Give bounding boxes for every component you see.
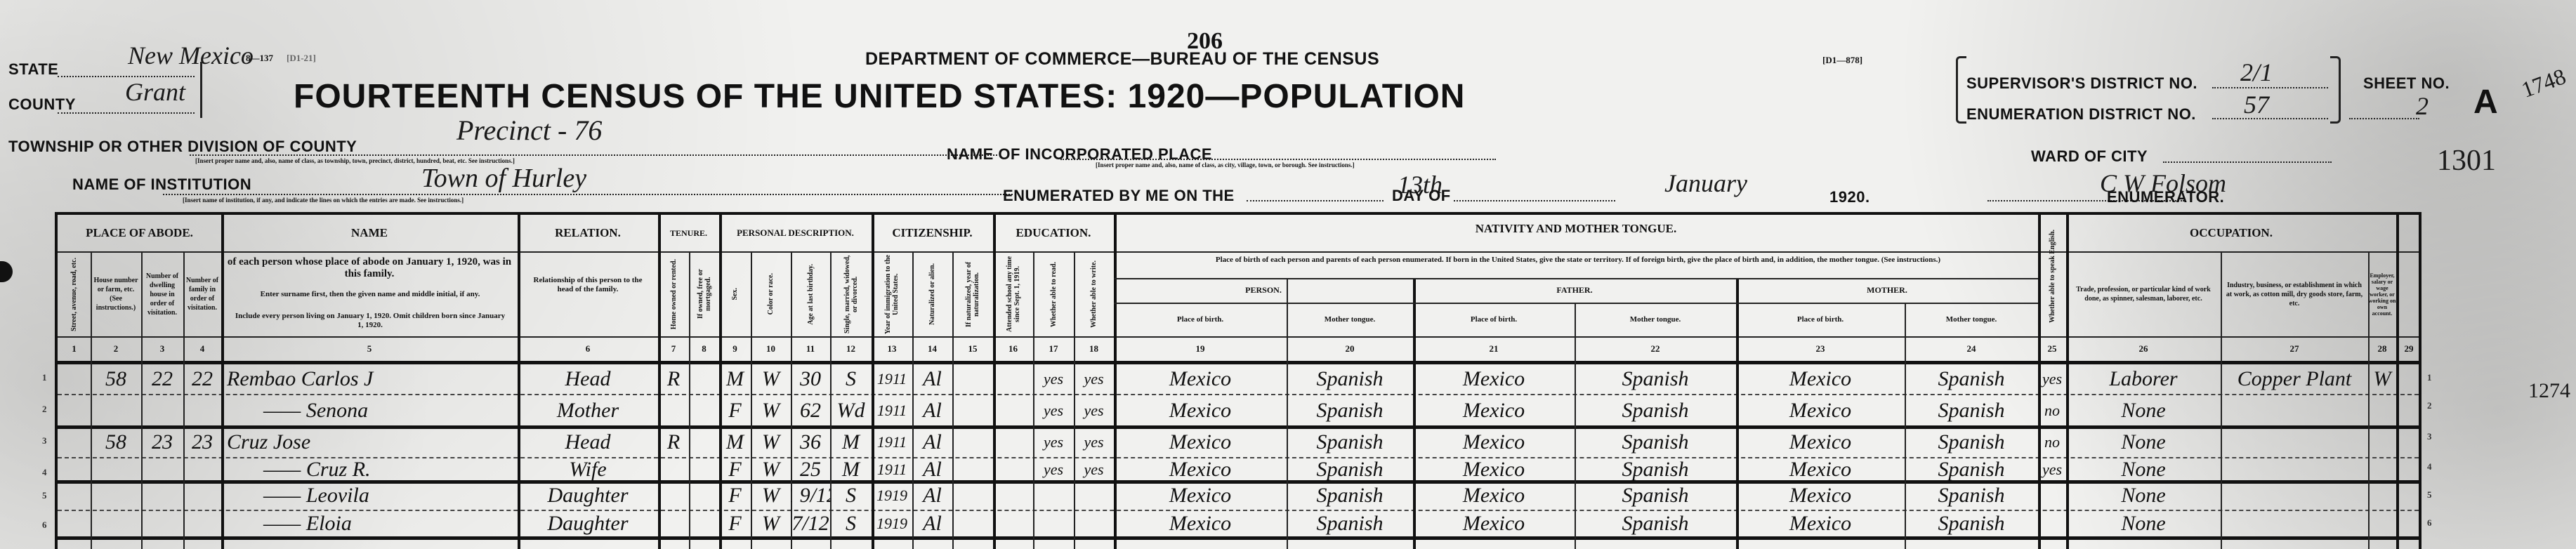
cell-house <box>91 458 141 480</box>
cell-trade: None <box>2066 427 2221 457</box>
father-header: FATHER. <box>1413 278 1736 303</box>
cell-mortgage <box>689 364 719 394</box>
cell-sex: M <box>719 427 751 457</box>
cell-naturalized: Al <box>912 364 952 394</box>
column-number-24: 24 <box>1905 338 2038 360</box>
cell-english: yes <box>2038 458 2066 480</box>
column-number-23: 23 <box>1736 338 1905 360</box>
district-bracket-left <box>1956 56 1966 124</box>
cell-sex: F <box>719 458 751 480</box>
cell-race: W <box>751 427 791 457</box>
cell-naturalized: Al <box>912 395 952 425</box>
cell-house: 58 <box>91 364 141 394</box>
cell-name: —— Cruz R. <box>221 458 518 480</box>
cell-street <box>58 395 91 425</box>
column-number-18: 18 <box>1074 338 1114 360</box>
cell-relation: Daughter <box>518 482 658 510</box>
margin-note-top: 1748 <box>2518 63 2570 103</box>
cell-employer <box>2368 482 2396 510</box>
cell-street <box>58 458 91 480</box>
cell-father_birth: Mexico <box>1413 364 1575 394</box>
cell-tongue: Spanish <box>1287 427 1413 457</box>
line-number: 3 <box>42 435 47 447</box>
line-number: 1 <box>42 372 47 383</box>
col26-header: Trade, profession, or particular kind of… <box>2070 254 2217 334</box>
column-number-10: 10 <box>751 338 791 360</box>
cell-name: Cruz Jose <box>221 427 518 457</box>
cell-father_tongue: Spanish <box>1575 458 1736 480</box>
column-number-25: 25 <box>2038 338 2066 360</box>
cell-farm <box>2396 364 2421 394</box>
mother-header: MOTHER. <box>1736 278 2038 303</box>
census-table: PLACE OF ABODE. NAME RELATION. TENURE. P… <box>55 212 2421 549</box>
institution-note: [Insert name of institution, if any, and… <box>183 197 464 204</box>
sheet-number-label: SHEET NO. <box>2363 74 2450 93</box>
cell-trade: None <box>2066 511 2221 536</box>
binding-hole <box>0 261 13 282</box>
cell-dwelling: 23 <box>141 427 183 457</box>
institution-value: Town of Hurley <box>421 163 586 194</box>
district-bracket-right <box>2330 56 2341 124</box>
cell-write: yes <box>1074 427 1114 457</box>
cell-mother_birth: Mexico <box>1736 364 1905 394</box>
cell-nat_year <box>952 395 993 425</box>
cell-dwelling <box>141 511 183 536</box>
cell-sex: F <box>719 395 751 425</box>
col2-header: House number or farm, etc. (See instruct… <box>91 254 141 334</box>
cell-mother_birth: Mexico <box>1736 427 1905 457</box>
cell-name: —— Eloia <box>221 511 518 536</box>
column-number-6: 6 <box>518 338 658 360</box>
cell-house <box>91 395 141 425</box>
cell-age: 25 <box>791 458 830 480</box>
group-education: EDUCATION. <box>993 215 1114 251</box>
cell-father_tongue: Spanish <box>1575 511 1736 536</box>
cell-age: 62 <box>791 395 830 425</box>
cell-school <box>993 458 1033 480</box>
incorporated-place-note: [Insert proper name and, also, name of c… <box>1096 161 1355 168</box>
cell-farm <box>2396 482 2421 510</box>
cell-industry: Copper Plant <box>2221 364 2368 394</box>
cell-marital: S <box>830 482 872 510</box>
cell-english: yes <box>2038 364 2066 394</box>
cell-dwelling <box>141 395 183 425</box>
township-label: TOWNSHIP OR OTHER DIVISION OF COUNTY <box>8 138 357 156</box>
cell-house: 58 <box>91 427 141 457</box>
cell-school <box>993 427 1033 457</box>
cell-street <box>58 364 91 394</box>
cell-father_tongue: Spanish <box>1575 482 1736 510</box>
col21-header: Place of birth. <box>1413 303 1575 336</box>
cell-employer <box>2368 395 2396 425</box>
cell-english: no <box>2038 427 2066 457</box>
state-value: New Mexico <box>128 41 254 70</box>
column-number-11: 11 <box>791 338 830 360</box>
cell-father_tongue: Spanish <box>1575 395 1736 425</box>
col15-header: If naturalized, year of naturalization. <box>965 254 980 334</box>
column-number-17: 17 <box>1033 338 1074 360</box>
cell-relation: Wife <box>518 458 658 480</box>
cell-industry <box>2221 458 2368 480</box>
cell-immigration: 1911 <box>872 458 912 480</box>
cell-english <box>2038 511 2066 536</box>
cell-age: 30 <box>791 364 830 394</box>
enumeration-district-value: 57 <box>2244 90 2269 119</box>
col16-header: Attended school any time since Sept. 1, … <box>1006 254 1021 334</box>
cell-naturalized: Al <box>912 511 952 536</box>
col28-header: Employer, salary or wage worker, or work… <box>2368 254 2396 334</box>
cell-age: 7/12 <box>791 511 830 536</box>
cell-read <box>1033 482 1074 510</box>
cell-birth: Mexico <box>1114 395 1287 425</box>
cell-write: yes <box>1074 364 1114 394</box>
cell-name: —— Leovila <box>221 482 518 510</box>
cell-sex: M <box>719 364 751 394</box>
cell-mother_birth: Mexico <box>1736 458 1905 480</box>
cell-father_birth: Mexico <box>1413 511 1575 536</box>
cell-tongue: Spanish <box>1287 458 1413 480</box>
cell-industry <box>2221 511 2368 536</box>
cell-owned: R <box>658 364 689 394</box>
group-occupation: OCCUPATION. <box>2066 215 2396 251</box>
column-number-19: 19 <box>1114 338 1287 360</box>
column-number-26: 26 <box>2066 338 2221 360</box>
cell-school <box>993 482 1033 510</box>
column-number-9: 9 <box>719 338 751 360</box>
col7-header: Home owned or rented. <box>670 259 678 329</box>
cell-birth: Mexico <box>1114 482 1287 510</box>
column-number-4: 4 <box>183 338 221 360</box>
margin-note-middle: 1301 <box>2437 144 2496 178</box>
cell-marital: M <box>830 427 872 457</box>
cell-family: 23 <box>183 427 221 457</box>
relation-description: Relationship of this person to the head … <box>525 264 651 306</box>
name-description: of each person whose place of abode on J… <box>226 254 513 282</box>
margin-note-bottom: 1274 <box>2528 379 2570 403</box>
cell-tongue: Spanish <box>1287 364 1413 394</box>
cell-english <box>2038 482 2066 510</box>
cell-father_tongue: Spanish <box>1575 427 1736 457</box>
cell-relation: Mother <box>518 395 658 425</box>
group-name: NAME <box>221 215 518 251</box>
cell-race: W <box>751 458 791 480</box>
column-number-22: 22 <box>1575 338 1736 360</box>
cell-family <box>183 482 221 510</box>
cell-trade: None <box>2066 395 2221 425</box>
cell-farm <box>2396 458 2421 480</box>
county-value: Grant <box>125 77 185 107</box>
township-value: Precinct - 76 <box>456 114 602 147</box>
cell-marital: S <box>830 511 872 536</box>
cell-mortgage <box>689 427 719 457</box>
cell-school <box>993 395 1033 425</box>
col14-header: Naturalized or alien. <box>928 263 936 325</box>
cell-mother_tongue: Spanish <box>1905 395 2038 425</box>
cell-marital: S <box>830 364 872 394</box>
cell-mother_tongue: Spanish <box>1905 511 2038 536</box>
cell-industry <box>2221 482 2368 510</box>
cell-write: yes <box>1074 395 1114 425</box>
cell-mortgage <box>689 511 719 536</box>
cell-mother_birth: Mexico <box>1736 482 1905 510</box>
cell-dwelling <box>141 458 183 480</box>
cell-industry <box>2221 427 2368 457</box>
cell-mother_birth: Mexico <box>1736 395 1905 425</box>
cell-dwelling: 22 <box>141 364 183 394</box>
enumeration-district-label: ENUMERATION DISTRICT NO. <box>1966 105 2196 124</box>
cell-read <box>1033 511 1074 536</box>
cell-family: 22 <box>183 364 221 394</box>
cell-write: yes <box>1074 458 1114 480</box>
line-number: 2 <box>42 404 47 415</box>
form-code-mid: [D1-21] <box>287 53 316 64</box>
cell-farm <box>2396 395 2421 425</box>
cell-nat_year <box>952 427 993 457</box>
cell-house <box>91 511 141 536</box>
cell-age: 36 <box>791 427 830 457</box>
cell-owned <box>658 395 689 425</box>
cell-sex: F <box>719 511 751 536</box>
cell-age: 1 9/12 <box>791 482 830 510</box>
right-line-numbers: 1 2 3 4 5 6 <box>2421 212 2450 549</box>
cell-name: —— Senona <box>221 395 518 425</box>
cell-farm <box>2396 427 2421 457</box>
cell-trade: Laborer <box>2066 364 2221 394</box>
cell-father_birth: Mexico <box>1413 427 1575 457</box>
cell-street <box>58 427 91 457</box>
cell-school <box>993 511 1033 536</box>
cell-street <box>58 511 91 536</box>
cell-employer <box>2368 458 2396 480</box>
column-number-2: 2 <box>91 338 141 360</box>
col1-header: Street, avenue, road, etc. <box>70 258 78 331</box>
cell-immigration: 1911 <box>872 364 912 394</box>
cell-write <box>1074 511 1114 536</box>
form-code-right: [D1—878] <box>1822 55 1862 66</box>
cell-read: yes <box>1033 395 1074 425</box>
col11-header: Age at last birthday. <box>807 264 815 325</box>
nativity-description: Place of birth of each person and parent… <box>1139 243 2017 277</box>
cell-farm <box>2396 511 2421 536</box>
cell-tongue: Spanish <box>1287 482 1413 510</box>
group-nativity: NATIVITY AND MOTHER TONGUE. <box>1114 215 2038 243</box>
line-number: 6 <box>42 520 47 531</box>
column-number-1: 1 <box>58 338 91 360</box>
cell-employer <box>2368 427 2396 457</box>
col8-header: If owned, free or mortgaged. <box>697 254 712 334</box>
cell-marital: M <box>830 458 872 480</box>
col20-header: Mother tongue. <box>1287 303 1413 336</box>
cell-naturalized: Al <box>912 458 952 480</box>
column-number-28: 28 <box>2368 338 2396 360</box>
column-number-8: 8 <box>689 338 719 360</box>
column-number-27: 27 <box>2221 338 2368 360</box>
person-header: PERSON. <box>1114 278 1413 303</box>
column-number-5: 5 <box>221 338 518 360</box>
cell-immigration: 1911 <box>872 427 912 457</box>
sheet-letter: A <box>2473 83 2498 121</box>
line-number: 5 <box>42 490 47 501</box>
column-number-3: 3 <box>141 338 183 360</box>
col22-header: Mother tongue. <box>1575 303 1736 336</box>
group-citizenship: CITIZENSHIP. <box>872 215 993 251</box>
column-number-12: 12 <box>830 338 872 360</box>
col13-header: Year of immigration to the United States… <box>884 254 900 334</box>
cell-immigration: 1919 <box>872 511 912 536</box>
column-number-15: 15 <box>952 338 993 360</box>
cell-naturalized: Al <box>912 427 952 457</box>
cell-read: yes <box>1033 458 1074 480</box>
cell-father_birth: Mexico <box>1413 395 1575 425</box>
cell-mother_tongue: Spanish <box>1905 458 2038 480</box>
cell-name: Rembao Carlos J <box>221 364 518 394</box>
sheet-number-value: 2 <box>2416 91 2429 121</box>
cell-owned <box>658 482 689 510</box>
cell-mortgage <box>689 395 719 425</box>
column-number-7: 7 <box>658 338 689 360</box>
cell-race: W <box>751 482 791 510</box>
cell-birth: Mexico <box>1114 458 1287 480</box>
group-personal-description: PERSONAL DESCRIPTION. <box>719 215 872 251</box>
cell-english: no <box>2038 395 2066 425</box>
col17-header: Whether able to read. <box>1050 262 1058 327</box>
cell-family <box>183 395 221 425</box>
cell-owned <box>658 511 689 536</box>
cell-race: W <box>751 364 791 394</box>
cell-industry <box>2221 395 2368 425</box>
cell-nat_year <box>952 482 993 510</box>
cell-naturalized: Al <box>912 482 952 510</box>
cell-write <box>1074 482 1114 510</box>
cell-nat_year <box>952 511 993 536</box>
cell-mother_tongue: Spanish <box>1905 364 2038 394</box>
cell-nat_year <box>952 458 993 480</box>
day-of-label: DAY OF <box>1392 187 1451 205</box>
column-number-14: 14 <box>912 338 952 360</box>
cell-tongue: Spanish <box>1287 511 1413 536</box>
cell-mortgage <box>689 458 719 480</box>
cell-relation: Head <box>518 427 658 457</box>
name-include-note: Include every person living on January 1… <box>233 307 507 334</box>
department-heading: DEPARTMENT OF COMMERCE—BUREAU OF THE CEN… <box>865 49 1379 70</box>
cell-employer <box>2368 511 2396 536</box>
cell-relation: Daughter <box>518 511 658 536</box>
cell-marital: Wd <box>830 395 872 425</box>
cell-owned <box>658 458 689 480</box>
col18-header: Whether able to write. <box>1090 260 1098 328</box>
column-number-21: 21 <box>1413 338 1575 360</box>
line-number: 4 <box>42 467 47 478</box>
col3-header: Number of dwelling house in order of vis… <box>141 254 183 334</box>
column-number-29: 29 <box>2396 338 2421 360</box>
enumerated-month: January <box>1664 168 1747 198</box>
cell-school <box>993 364 1033 394</box>
cell-street <box>58 482 91 510</box>
form-code-left: 8—137 <box>246 53 273 64</box>
cell-tongue: Spanish <box>1287 395 1413 425</box>
cell-read: yes <box>1033 364 1074 394</box>
column-number-13: 13 <box>872 338 912 360</box>
stamp-number: 206 <box>1187 28 1223 55</box>
ward-label: WARD OF CITY <box>2031 147 2148 166</box>
cell-immigration: 1911 <box>872 395 912 425</box>
cell-read: yes <box>1033 427 1074 457</box>
cell-employer: W <box>2368 364 2396 394</box>
cell-mother_tongue: Spanish <box>1905 482 2038 510</box>
cell-father_birth: Mexico <box>1413 458 1575 480</box>
supervisor-district-value: 2/1 <box>2240 58 2273 87</box>
group-relation: RELATION. <box>518 215 658 251</box>
column-number-20: 20 <box>1287 338 1413 360</box>
col10-header: Color or race. <box>767 273 775 315</box>
supervisor-district-label: SUPERVISOR'S DISTRICT NO. <box>1966 74 2197 93</box>
institution-label: NAME OF INSTITUTION <box>72 176 251 194</box>
cell-family <box>183 458 221 480</box>
state-label: STATE <box>8 60 58 79</box>
cell-birth: Mexico <box>1114 364 1287 394</box>
year-label: 1920. <box>1829 188 1870 206</box>
column-number-16: 16 <box>993 338 1033 360</box>
cell-dwelling <box>141 482 183 510</box>
cell-mother_tongue: Spanish <box>1905 427 2038 457</box>
census-title: FOURTEENTH CENSUS OF THE UNITED STATES: … <box>294 77 1465 116</box>
cell-mortgage <box>689 482 719 510</box>
col4-header: Number of family in order of visitation. <box>183 254 221 334</box>
cell-race: W <box>751 395 791 425</box>
cell-trade: None <box>2066 482 2221 510</box>
county-label: COUNTY <box>8 95 76 114</box>
col24-header: Mother tongue. <box>1905 303 2038 336</box>
cell-owned: R <box>658 427 689 457</box>
cell-house <box>91 482 141 510</box>
cell-father_birth: Mexico <box>1413 482 1575 510</box>
state-county-bracket <box>200 62 202 118</box>
col27-header: Industry, business, or establishment in … <box>2224 254 2365 334</box>
col25-header: Whether able to speak English. <box>2049 230 2056 323</box>
cell-birth: Mexico <box>1114 427 1287 457</box>
name-instruction: Enter surname first, then the given name… <box>233 284 507 305</box>
enumerator-label: ENUMERATOR. <box>2107 188 2224 206</box>
col12-header: Single, married, widowed, or divorced. <box>843 254 859 334</box>
cell-birth: Mexico <box>1114 511 1287 536</box>
cell-sex: F <box>719 482 751 510</box>
enumerated-label: ENUMERATED BY ME ON THE <box>1003 187 1235 205</box>
group-tenure: TENURE. <box>658 215 719 251</box>
cell-mother_birth: Mexico <box>1736 511 1905 536</box>
cell-immigration: 1919 <box>872 482 912 510</box>
cell-father_tongue: Spanish <box>1575 364 1736 394</box>
cell-trade: None <box>2066 458 2221 480</box>
cell-race: W <box>751 511 791 536</box>
cell-family <box>183 511 221 536</box>
group-place-of-abode: PLACE OF ABODE. <box>58 215 221 251</box>
col19-header: Place of birth. <box>1114 303 1287 336</box>
cell-relation: Head <box>518 364 658 394</box>
col23-header: Place of birth. <box>1736 303 1905 336</box>
cell-nat_year <box>952 364 993 394</box>
col9-header: Sex. <box>731 288 739 300</box>
